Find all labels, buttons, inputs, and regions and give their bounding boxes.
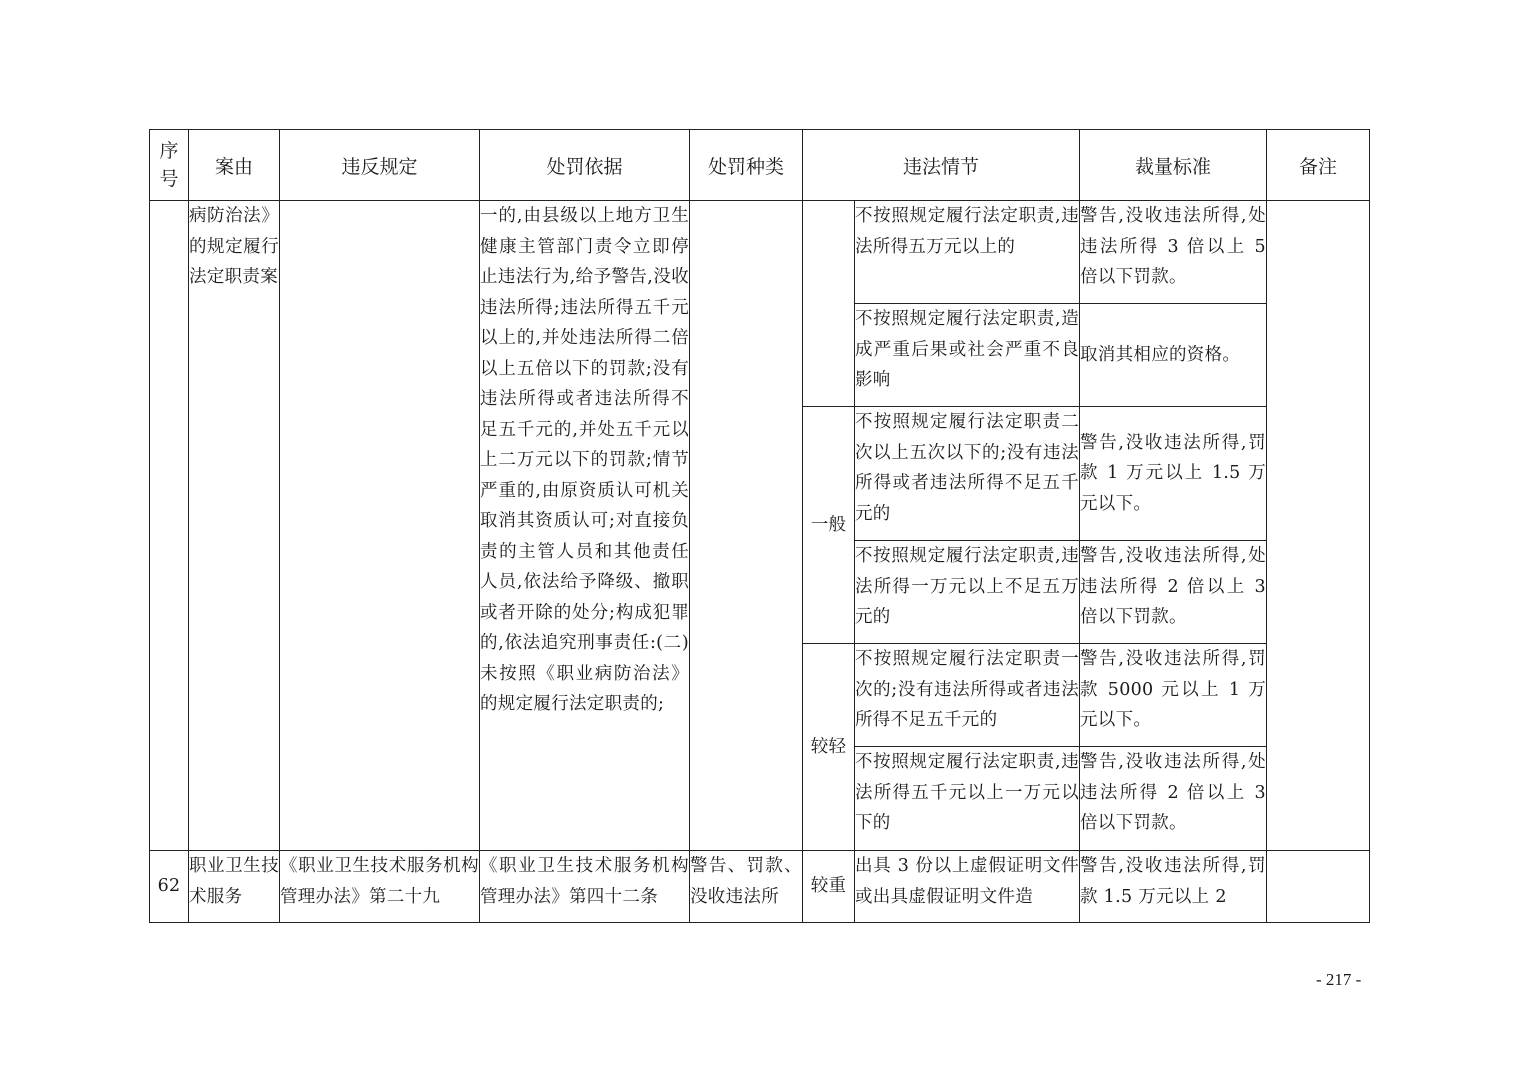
penalty-discretion-table: 序 号 案由 违反规定 处罚依据 处罚种类 违法情节 裁量标准 备注 病防治法》… [149,129,1370,923]
header-seq-line1: 序 [159,140,178,162]
cell-remarks [1267,851,1370,923]
cell-penalty-type [690,201,803,851]
header-row: 序 号 案由 违反规定 处罚依据 处罚种类 违法情节 裁量标准 备注 [150,130,1370,201]
cell-violated-rule: 《职业卫生技术服务机构管理办法》第二十九 [280,851,480,923]
header-seq-line2: 号 [159,168,178,190]
cell-circumstance: 不按照规定履行法定职责,造成严重后果或社会严重不良影响 [855,304,1080,407]
cell-penalty-basis: 《职业卫生技术服务机构管理办法》第四十二条 [480,851,690,923]
cell-level: 一般 [803,407,855,644]
cell-standard: 警告,没收违法所得,罚款 1 万元以上 1.5 万元以下。 [1080,407,1267,541]
header-case: 案由 [189,130,280,201]
cell-violated-rule [280,201,480,851]
cell-level: 较轻 [803,644,855,851]
cell-penalty-basis: 一的,由县级以上地方卫生健康主管部门责令立即停止违法行为,给予警告,没收违法所得… [480,201,690,851]
cell-circumstance: 不按照规定履行法定职责,违法所得一万元以上不足五万元的 [855,541,1080,644]
cell-circumstance: 不按照规定履行法定职责,违法所得五万元以上的 [855,201,1080,304]
header-violated-rule: 违反规定 [280,130,480,201]
cell-penalty-type: 警告、罚款、没收违法所 [690,851,803,923]
cell-case: 职业卫生技术服务 [189,851,280,923]
cell-level: 较重 [803,851,855,923]
cell-standard: 警告,没收违法所得,处违法所得 2 倍以上 3 倍以下罚款。 [1080,541,1267,644]
cell-standard: 警告,没收违法所得,罚款 5000 元以上 1 万元以下。 [1080,644,1267,747]
cell-standard: 警告,没收违法所得,罚款 1.5 万元以上 2 [1080,851,1267,923]
cell-level [803,201,855,407]
cell-circumstance: 不按照规定履行法定职责一次的;没有违法所得或者违法所得不足五千元的 [855,644,1080,747]
cell-standard: 取消其相应的资格。 [1080,304,1267,407]
cell-standard: 警告,没收违法所得,处违法所得 3 倍以上 5 倍以下罚款。 [1080,201,1267,304]
cell-remarks [1267,201,1370,851]
header-discretion-standard: 裁量标准 [1080,130,1267,201]
table-row: 病防治法》的规定履行法定职责案 一的,由县级以上地方卫生健康主管部门责令立即停止… [150,201,1370,304]
header-penalty-type: 处罚种类 [690,130,803,201]
cell-circumstance: 不按照规定履行法定职责二次以上五次以下的;没有违法所得或者违法所得不足五千元的 [855,407,1080,541]
header-remarks: 备注 [1267,130,1370,201]
page-number: - 217 - [1316,970,1361,990]
cell-circumstance: 不按照规定履行法定职责,违法所得五千元以上一万元以下的 [855,747,1080,851]
cell-circumstance: 出具 3 份以上虚假证明文件或出具虚假证明文件造 [855,851,1080,923]
cell-case: 病防治法》的规定履行法定职责案 [189,201,280,851]
header-seq: 序 号 [150,130,189,201]
cell-seq [150,201,189,851]
header-penalty-basis: 处罚依据 [480,130,690,201]
cell-seq: 62 [150,851,189,923]
table-row: 62 职业卫生技术服务 《职业卫生技术服务机构管理办法》第二十九 《职业卫生技术… [150,851,1370,923]
header-circumstances: 违法情节 [803,130,1080,201]
cell-standard: 警告,没收违法所得,处违法所得 2 倍以上 3 倍以下罚款。 [1080,747,1267,851]
